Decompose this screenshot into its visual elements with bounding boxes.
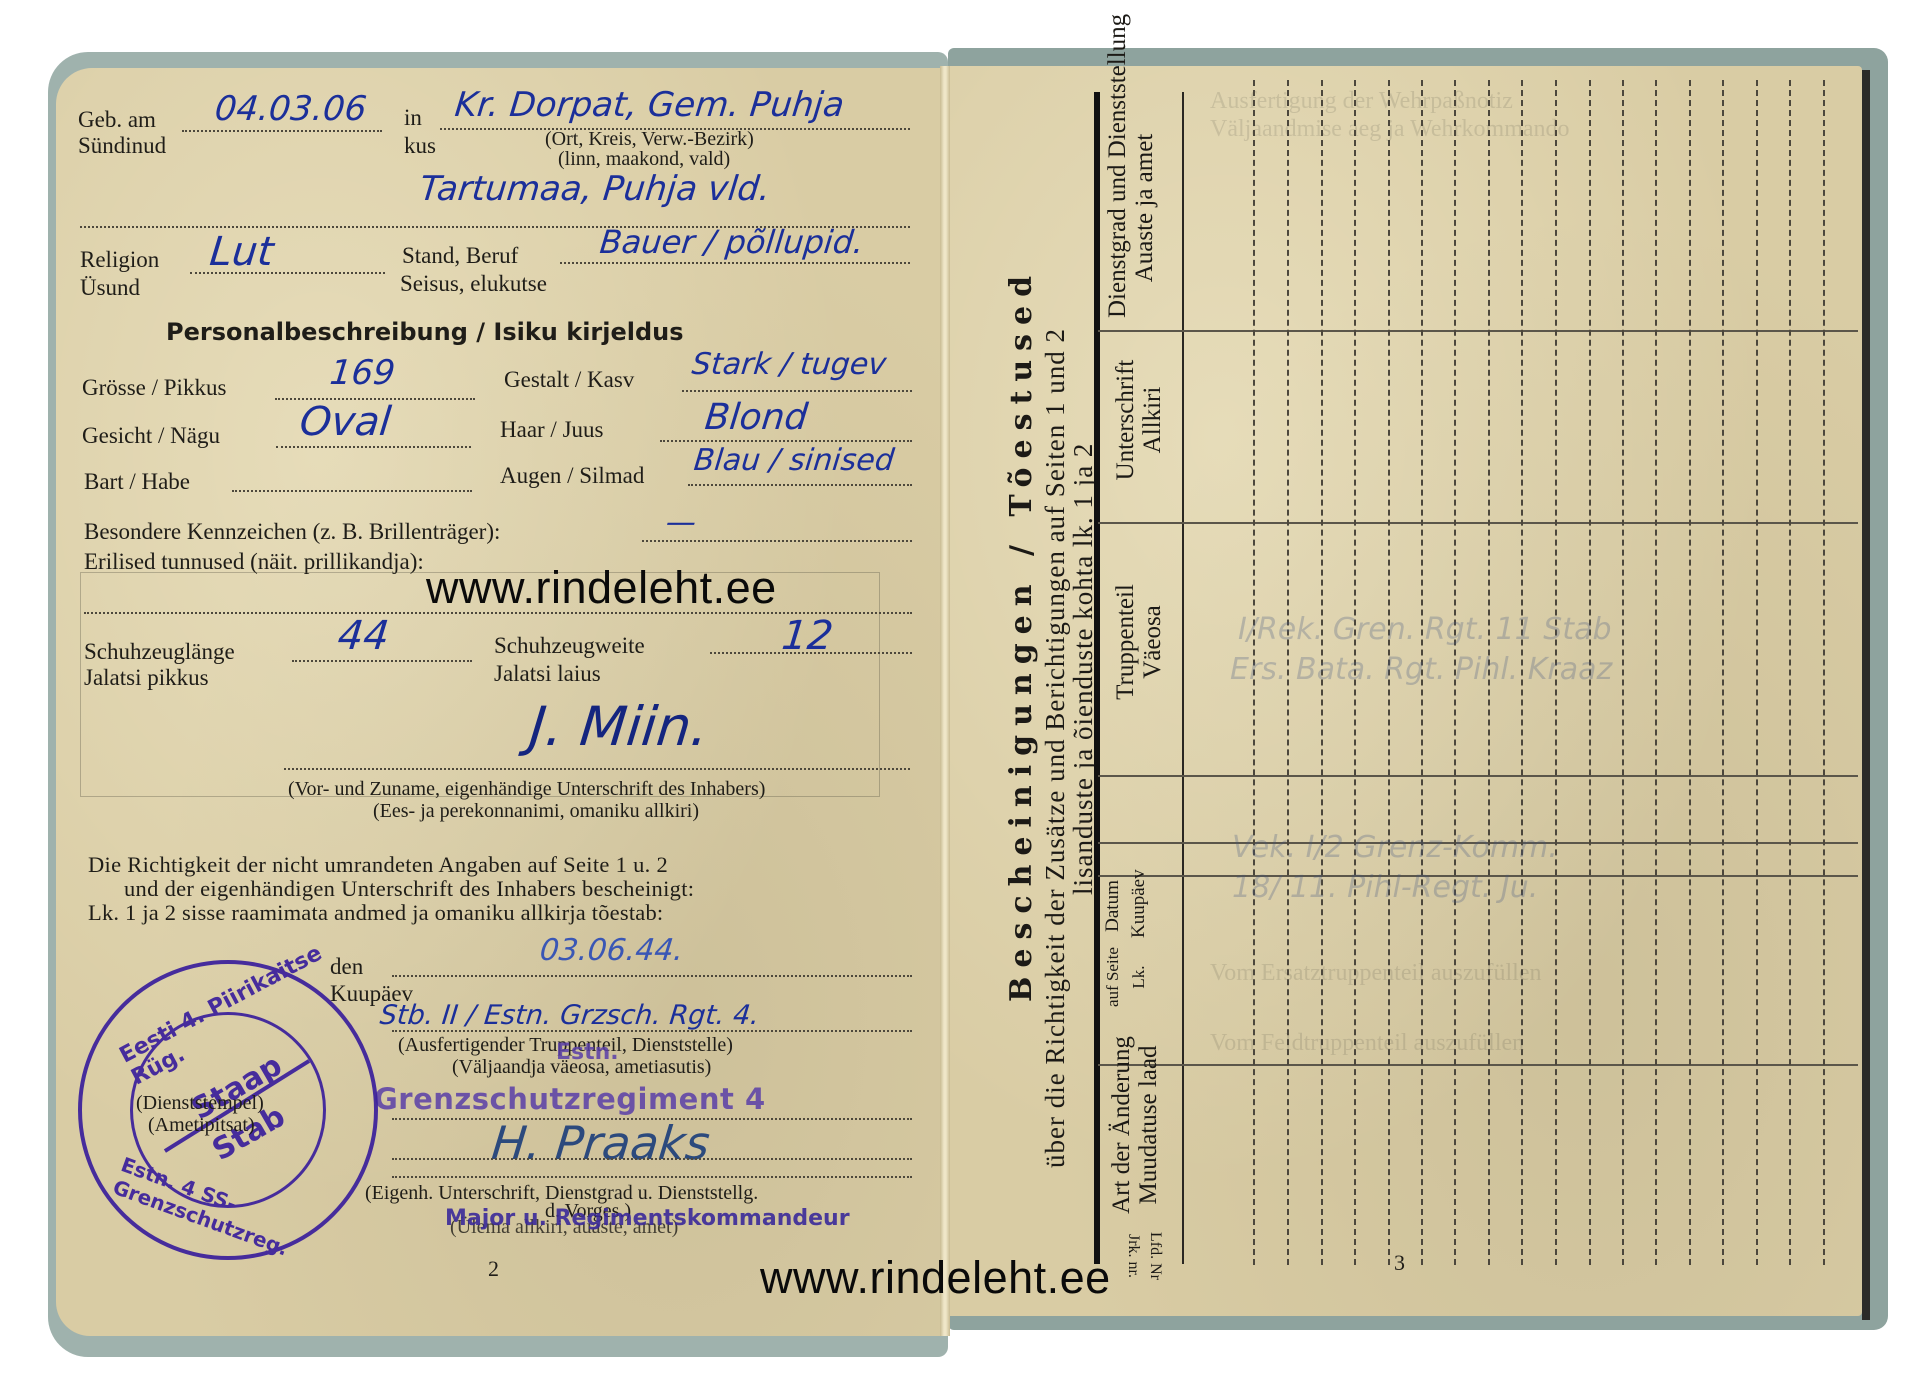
build-value: Stark / tugev bbox=[690, 350, 887, 380]
birthplace-value-1: Kr. Dorpat, Gem. Puhja bbox=[453, 88, 846, 122]
beard-label: Bart / Habe bbox=[84, 470, 190, 493]
column-header-signature-et: Allkiri bbox=[1139, 330, 1166, 510]
show-through-print: Ausfertigung der Wehrpaßnotiz bbox=[1210, 88, 1513, 115]
column-header-page: auf Seite Lk. bbox=[1100, 944, 1152, 1010]
build-label: Gestalt / Kasv bbox=[504, 368, 634, 391]
shoe-width-label-et: Jalatsi laius bbox=[494, 662, 601, 685]
officer-line-2 bbox=[392, 1158, 912, 1160]
marks-line bbox=[642, 540, 912, 542]
entry-column-line bbox=[1823, 80, 1825, 1265]
column-header-number-et: Jrk. nr. bbox=[1122, 1224, 1144, 1288]
show-through-handwriting: 18/ 11. Pihl-Regt. Ju. bbox=[1232, 870, 1538, 905]
table-left-border bbox=[1094, 92, 1100, 1264]
watermark-text: www.rindeleht.ee bbox=[426, 562, 777, 614]
row-divider bbox=[1098, 1064, 1858, 1066]
marks-value: — bbox=[664, 508, 697, 538]
occupation-label-et: Seisus, elukutse bbox=[400, 272, 547, 295]
column-header-change-type-de: Art der Änderung bbox=[1108, 1030, 1135, 1220]
show-through-handwriting: I/Rek. Gren. Rgt. 11 Stab bbox=[1238, 612, 1612, 647]
holder-signature-line bbox=[284, 768, 910, 770]
column-header-signature: Unterschrift Allkiri bbox=[1112, 330, 1166, 510]
page-number-right: 3 bbox=[1394, 1250, 1405, 1276]
marks-label-et: Erilised tunnused (näit. prillikandja): bbox=[84, 550, 424, 573]
religion-label-de: Religion bbox=[80, 248, 159, 271]
column-header-page-et: Lk. bbox=[1126, 944, 1152, 1010]
column-header-unit-de: Truppenteil bbox=[1112, 522, 1139, 762]
unit-stamp-line-2: Grenzschutzregiment 4 bbox=[374, 1082, 766, 1116]
column-header-date: Datum Kuupäev bbox=[1100, 874, 1152, 938]
show-through-handwriting: Vek. I/2 Grenz-Komm. bbox=[1232, 830, 1558, 865]
occupation-value: Bauer / põllupid. bbox=[598, 226, 865, 258]
build-line bbox=[682, 390, 912, 392]
birth-label-et: Sündinud bbox=[78, 134, 166, 157]
occupation-label-de: Stand, Beruf bbox=[402, 244, 518, 267]
column-header-change-type: Art der Änderung Muudatuse laad bbox=[1108, 1030, 1162, 1220]
birthplace-value-2: Tartumaa, Puhja vld. bbox=[418, 172, 772, 206]
shoe-length-line bbox=[292, 660, 472, 662]
shoe-width-label-de: Schuhzeugweite bbox=[494, 634, 645, 657]
entry-column-line bbox=[1756, 80, 1758, 1265]
shoe-width-value: 12 bbox=[780, 616, 835, 656]
column-header-change-type-et: Muudatuse laad bbox=[1135, 1030, 1162, 1220]
eyes-value: Blau / sinised bbox=[692, 446, 895, 476]
eyes-line bbox=[688, 484, 912, 486]
certification-line-2: und der eigenhändigen Unterschrift des I… bbox=[124, 878, 694, 901]
face-line bbox=[276, 446, 471, 448]
marks-label-de: Besondere Kennzeichen (z. B. Brillenträg… bbox=[84, 520, 500, 543]
holder-signature: J. Miin. bbox=[527, 700, 711, 754]
eyes-label: Augen / Silmad bbox=[500, 464, 644, 487]
table-header-border bbox=[1182, 92, 1184, 1264]
entry-column-line bbox=[1655, 80, 1657, 1265]
shoe-length-label-et: Jalatsi pikkus bbox=[84, 666, 209, 689]
row-divider bbox=[1098, 330, 1858, 332]
show-through-print: Vom Ersatztruppenteil auszufüllen bbox=[1210, 960, 1541, 987]
hair-line bbox=[660, 440, 912, 442]
birthplace-hint-et: (linn, maakond, vald) bbox=[558, 148, 730, 171]
column-header-signature-de: Unterschrift bbox=[1112, 330, 1139, 510]
column-header-number: Lfd. Nr Jrk. nr. bbox=[1122, 1224, 1166, 1288]
shoe-length-value: 44 bbox=[336, 616, 391, 656]
column-header-date-de: Datum bbox=[1100, 874, 1126, 938]
face-value: Oval bbox=[298, 402, 393, 442]
entry-column-line bbox=[1789, 80, 1791, 1265]
face-label: Gesicht / Nägu bbox=[82, 424, 220, 447]
height-value: 169 bbox=[328, 356, 396, 390]
stamp-hint-de: (Dienststempel) bbox=[136, 1092, 264, 1115]
issuing-unit-value: Stb. II / Estn. Grzsch. Rgt. 4. bbox=[379, 1002, 761, 1029]
shoe-length-label-de: Schuhzeuglänge bbox=[84, 640, 235, 663]
right-page-title: Bescheinigungen / Tõestused bbox=[1004, 267, 1039, 1002]
column-header-page-de: auf Seite bbox=[1100, 944, 1126, 1010]
row-divider bbox=[1098, 775, 1858, 777]
column-header-rank-de: Dienstgrad und Dienststellung bbox=[1104, 98, 1131, 318]
page-number-left: 2 bbox=[488, 1256, 499, 1282]
occupation-line bbox=[560, 262, 910, 264]
row-divider bbox=[1098, 522, 1858, 524]
entry-column-line bbox=[1722, 80, 1724, 1265]
entry-column-line bbox=[1689, 80, 1691, 1265]
column-header-unit-et: Väeosa bbox=[1139, 522, 1166, 762]
holder-signature-hint-de: (Vor- und Zuname, eigenhändige Unterschr… bbox=[288, 778, 765, 801]
unit-stamp-line-1: Estn. bbox=[556, 1040, 619, 1065]
show-through-print: Vom Feldtruppenteil auszufüllen bbox=[1210, 1030, 1524, 1057]
birthplace-label-de: in bbox=[404, 106, 422, 129]
description-heading: Personalbeschreibung / Isiku kirjeldus bbox=[166, 318, 684, 346]
column-header-date-et: Kuupäev bbox=[1126, 874, 1152, 938]
birth-label-de: Geb. am bbox=[78, 108, 156, 131]
hair-value: Blond bbox=[703, 400, 809, 436]
birth-date-line bbox=[182, 130, 382, 132]
column-header-rank: Dienstgrad und Dienststellung Auaste ja … bbox=[1104, 98, 1158, 318]
hair-label: Haar / Juus bbox=[500, 418, 603, 441]
beard-line bbox=[232, 490, 472, 492]
issue-date-value: 03.06.44. bbox=[538, 936, 684, 966]
right-page-subtitle-de: über die Richtigkeit der Zusätze und Ber… bbox=[1040, 328, 1071, 1168]
holder-signature-hint-et: (Ees- ja perekonnanimi, omaniku allkiri) bbox=[373, 800, 699, 823]
column-header-unit: Truppenteil Väeosa bbox=[1112, 522, 1166, 762]
height-label: Grösse / Pikkus bbox=[82, 376, 226, 399]
entry-column-line bbox=[1622, 80, 1624, 1265]
show-through-handwriting: Ers. Bata. Rgt. Pihl. Kraaz bbox=[1230, 652, 1612, 687]
cover-edge bbox=[1862, 70, 1870, 1320]
certification-line-1: Die Richtigkeit der nicht umrandeten Ang… bbox=[88, 854, 668, 877]
religion-value: Lut bbox=[208, 232, 276, 272]
birth-date-value: 04.03.06 bbox=[213, 92, 368, 126]
book-spine bbox=[940, 66, 950, 1336]
watermark-text: www.rindeleht.ee bbox=[760, 1252, 1111, 1304]
rank-stamp: Major u. Regimentskommandeur bbox=[445, 1206, 850, 1231]
issuing-unit-line bbox=[392, 1030, 912, 1032]
religion-label-et: Üsund bbox=[80, 276, 140, 299]
officer-line-3 bbox=[392, 1176, 912, 1178]
issue-date-line bbox=[392, 975, 912, 977]
stamp-hint-et: (Ametipitsat) bbox=[148, 1114, 255, 1137]
birthplace-label-et: kus bbox=[404, 134, 436, 157]
column-header-rank-et: Auaste ja amet bbox=[1131, 98, 1158, 318]
column-header-number-de: Lfd. Nr bbox=[1144, 1224, 1166, 1288]
certification-line-3: Lk. 1 ja 2 sisse raamimata andmed ja oma… bbox=[88, 902, 663, 925]
